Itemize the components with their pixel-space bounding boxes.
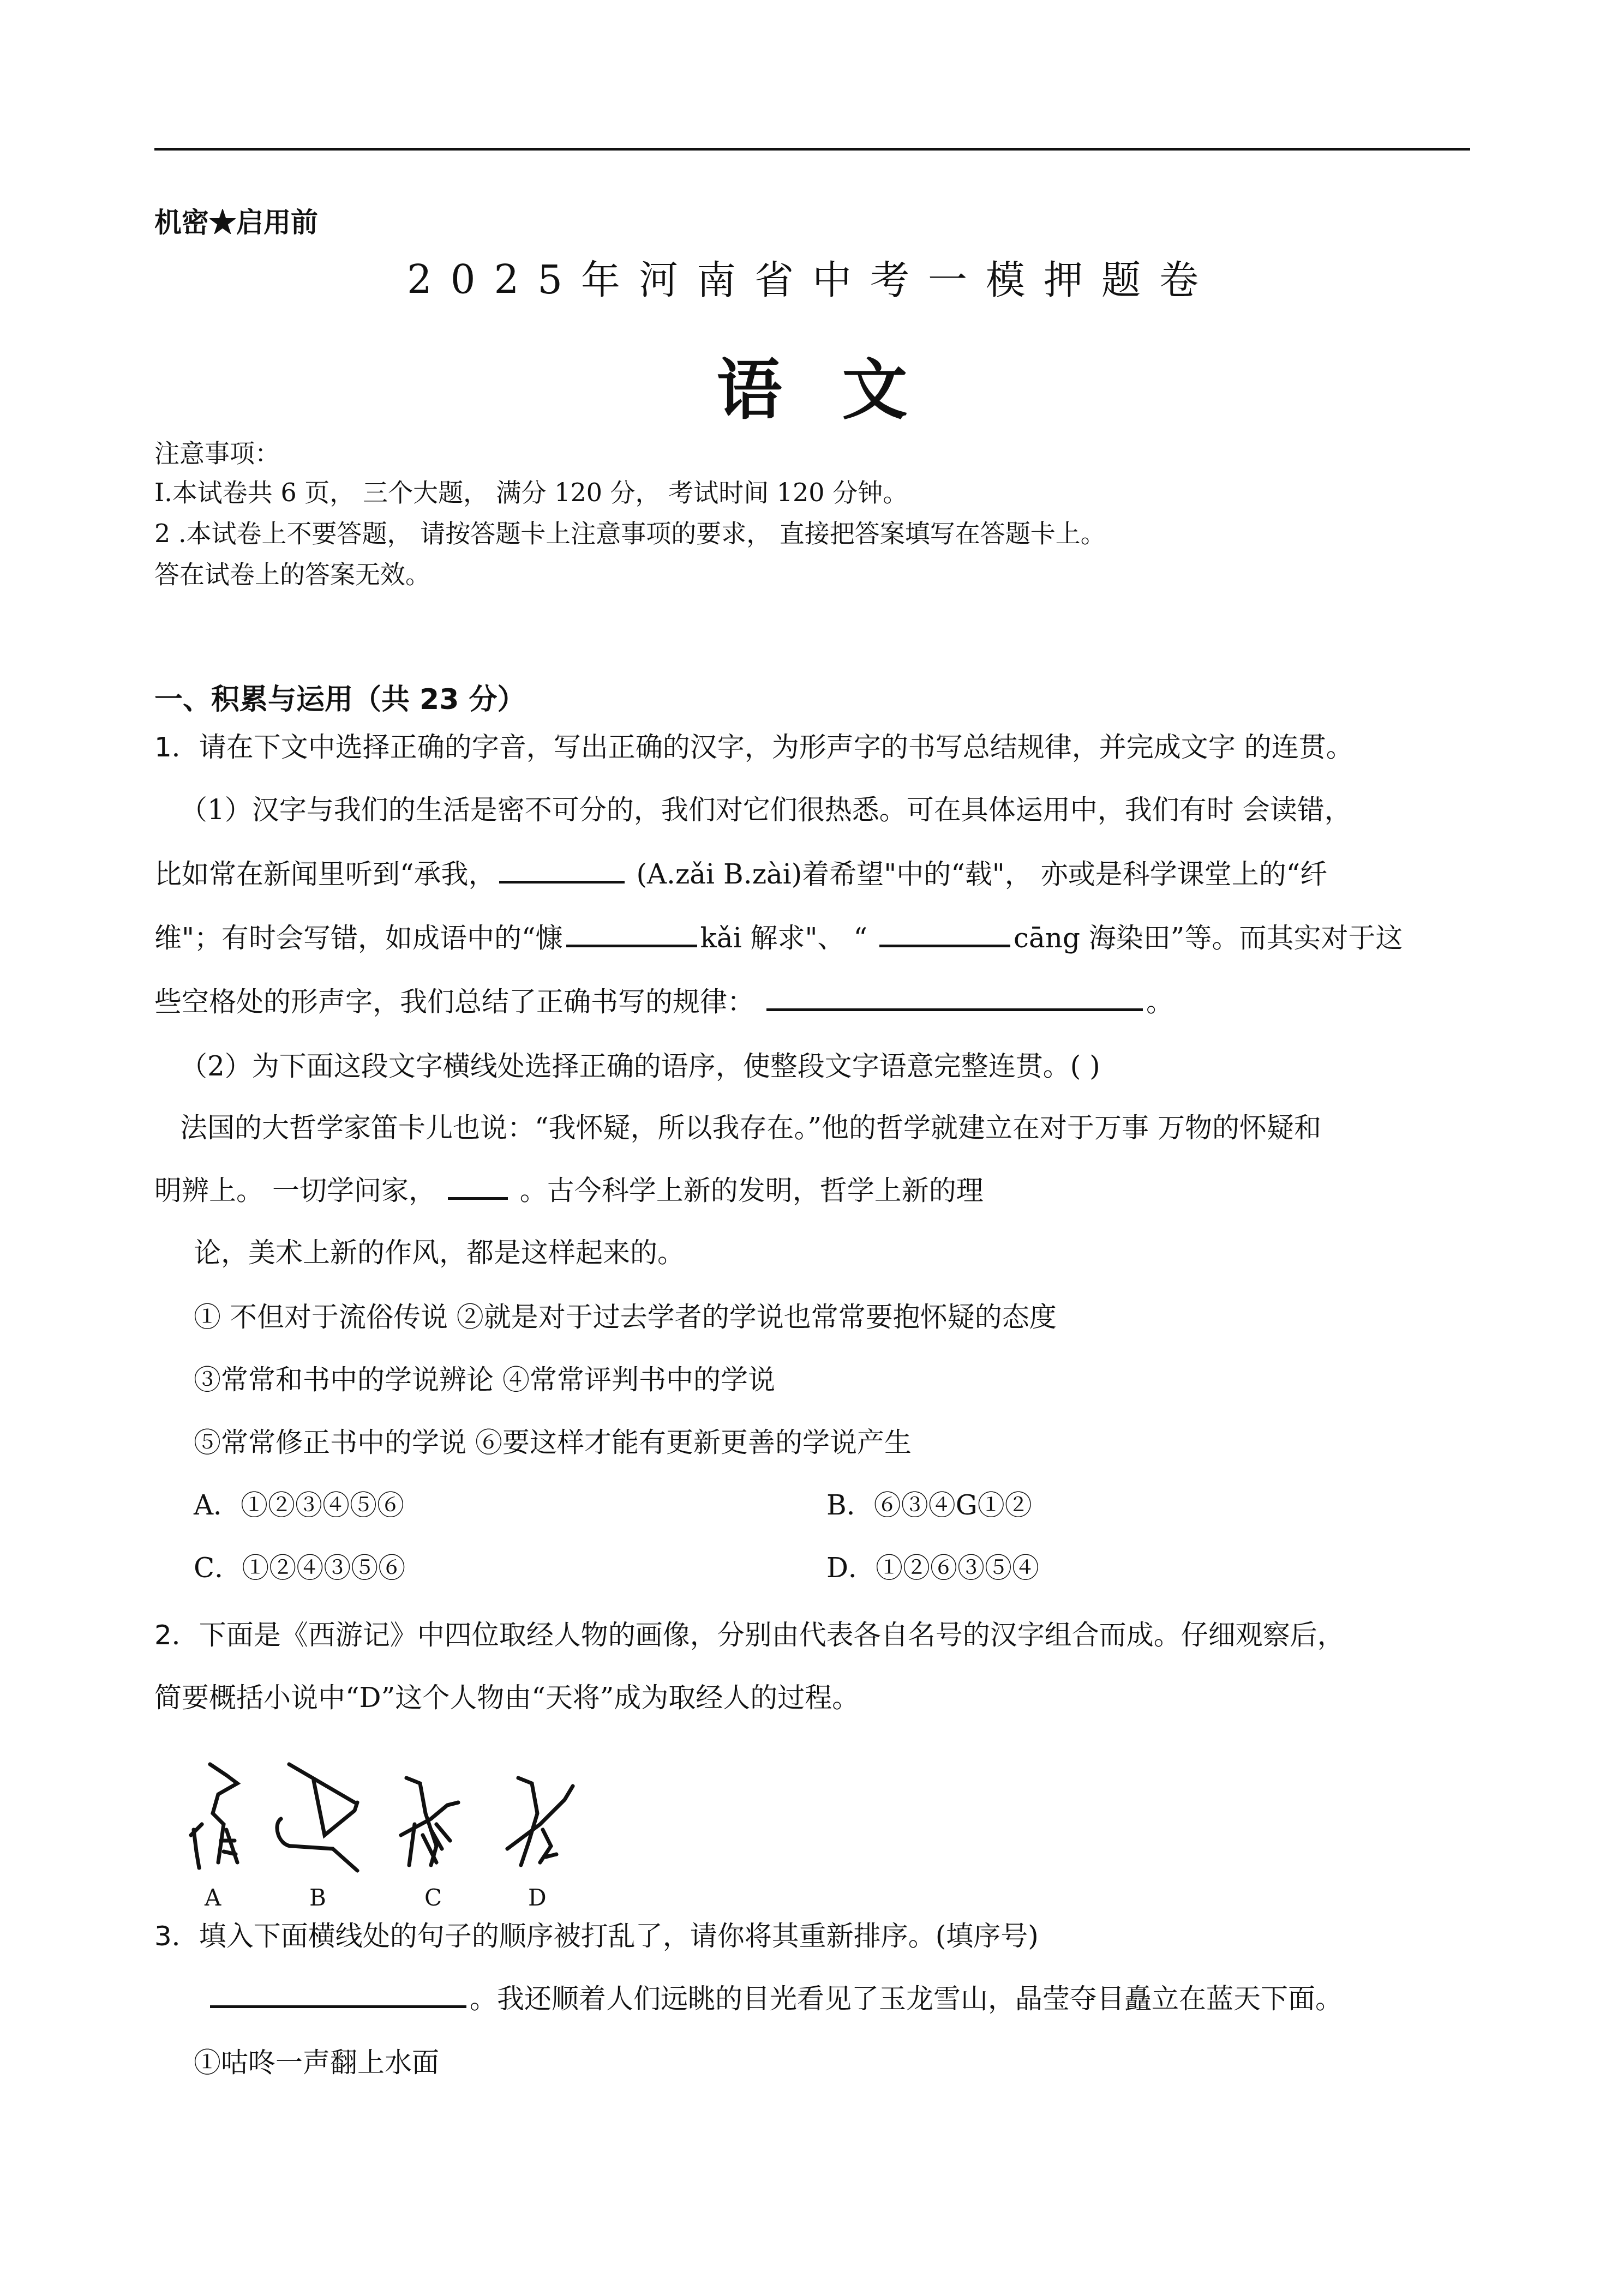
option-label: C． bbox=[194, 1552, 242, 1584]
passage-line-3: 论，美术上新的作风，都是这样起来的。 bbox=[194, 1239, 685, 1266]
option-value: ①②④③⑤⑥ bbox=[242, 1552, 405, 1584]
q3-sentence-text: 。我还顺着人们远眺的目光看见了玉龙雪山，晶莹夺目矗立在蓝天下面。 bbox=[470, 1983, 1343, 2015]
q1-stem-text: 请在下文中选择正确的字音，写出正确的汉字，为形声字的书写总结规律，并完成文字 的… bbox=[199, 731, 1353, 763]
exam-title: 2025年河南省中考一模押题卷 bbox=[0, 248, 1624, 305]
q3-sentence: 。我还顺着人们远眺的目光看见了玉龙雪山，晶莹夺目矗立在蓝天下面。 bbox=[210, 1985, 1343, 2012]
q1-part1-line1: （1）汉字与我们的生活是密不可分的，我们对它们很热悉。可在具体运用中，我们有时 … bbox=[180, 796, 1352, 824]
text: 。古今科学上新的发明，哲学上新的理 bbox=[511, 1175, 984, 1206]
text: cāng 海染田”等。而其实对于这 bbox=[1014, 922, 1403, 954]
q1-part2-prompt: （2）为下面这段文字横线处选择正确的语序，使整段文字语意完整连贯。( ) bbox=[180, 1053, 1100, 1080]
q2-line-2: 简要概括小说中“D”这个人物由“天将”成为取经人的过程。 bbox=[154, 1684, 859, 1711]
q3-item-1: ①咕咚一声翻上水面 bbox=[194, 2049, 439, 2076]
text: 维"；有时会写错，如成语中的“慷 bbox=[154, 922, 563, 954]
sentence-group-2: ③常常和书中的学说辨论 ④常常评判书中的学说 bbox=[194, 1366, 775, 1393]
text: kǎi 解求"、 “ bbox=[700, 922, 876, 954]
q2-line-1: 2．下面是《西游记》中四位取经人物的画像，分别由代表各自名号的汉字组合而成。仔细… bbox=[154, 1621, 1345, 1649]
text: 。 bbox=[1146, 986, 1173, 1018]
character-calligraphy-drawings bbox=[180, 1753, 616, 1901]
passage-line-1: 法国的大哲学家笛卡儿也说：“我怀疑，所以我存在。”他的哲学就建立在对于万事 万物… bbox=[180, 1114, 1321, 1141]
sentence-group-3: ⑤常常修正书中的学说 ⑥要这样才能有更新更善的学说产生 bbox=[194, 1429, 912, 1456]
sentence-group-1: ① 不但对于流俗传说 ②就是对于过去学者的学说也常常要抱怀疑的态度 bbox=[194, 1303, 1057, 1331]
text: 些空格处的形声字，我们总结了正确书写的规律： bbox=[154, 986, 763, 1018]
section-heading: 一、积累与运用（共 23 分） bbox=[154, 676, 526, 717]
subject-title: 语文 bbox=[0, 338, 1624, 432]
option-value: ①②⑥③⑤④ bbox=[876, 1552, 1039, 1584]
q3-stem: 3．填入下面横线处的句子的顺序被打乱了，请你将其重新排序。(填序号) bbox=[154, 1922, 1039, 1950]
notice-line-3: 答在试卷上的答案无效。 bbox=[154, 562, 430, 587]
q1-part1-line2: 比如常在新闻里听到“承我， (A.zǎi B.zài)着希望"中的“载"， 亦或… bbox=[154, 861, 1327, 888]
passage-line-2: 明辨上。 一切学问家， 。古今科学上新的发明，哲学上新的理 bbox=[154, 1177, 984, 1204]
option-label: B． bbox=[826, 1489, 874, 1521]
figure-label-b: B bbox=[309, 1884, 326, 1911]
answer-blank[interactable] bbox=[566, 944, 697, 947]
answer-blank[interactable] bbox=[879, 944, 1010, 947]
option-a[interactable]: A．①②③④⑤⑥ bbox=[194, 1492, 404, 1519]
q3-stem-text: 填入下面横线处的句子的顺序被打乱了，请你将其重新排序。(填序号) bbox=[199, 1920, 1039, 1952]
q1-stem: 1．请在下文中选择正确的字音，写出正确的汉字，为形声字的书写总结规律，并完成文字… bbox=[154, 734, 1353, 761]
answer-blank[interactable] bbox=[499, 880, 625, 883]
option-value: ①②③④⑤⑥ bbox=[241, 1489, 404, 1521]
text: 比如常在新闻里听到“承我， bbox=[154, 858, 496, 890]
header-rule bbox=[154, 148, 1470, 151]
figure-label-a: A bbox=[205, 1884, 221, 1911]
q1-part1-line3: 维"；有时会写错，如成语中的“慷kǎi 解求"、 “ cāng 海染田”等。而其… bbox=[154, 924, 1403, 952]
journey-west-characters-figure: A B C D bbox=[180, 1753, 616, 1901]
question-number: 1． bbox=[154, 731, 199, 763]
answer-blank[interactable] bbox=[448, 1197, 508, 1200]
text: 明辨上。 一切学问家， bbox=[154, 1175, 445, 1206]
confidential-label: 机密★启用前 bbox=[154, 201, 318, 240]
q2-text: 下面是《西游记》中四位取经人物的画像，分别由代表各自名号的汉字组合而成。仔细观察… bbox=[199, 1619, 1345, 1651]
notice-line-2: 2 .本试卷上不要答题， 请按答题卡上注意事项的要求， 直接把答案填写在答题卡上… bbox=[154, 521, 1106, 546]
text: (A.zǎi B.zài)着希望"中的“载"， 亦或是科学课堂上的“纤 bbox=[628, 858, 1328, 890]
notice-line-1: I.本试卷共 6 页， 三个大题， 满分 120 分， 考试时间 120 分钟。 bbox=[154, 480, 908, 505]
question-number: 3． bbox=[154, 1920, 199, 1952]
notice-heading: 注意事项： bbox=[154, 441, 280, 466]
option-label: A． bbox=[194, 1489, 241, 1521]
rule-answer-blank[interactable] bbox=[766, 1008, 1143, 1011]
option-label: D． bbox=[826, 1552, 876, 1584]
option-d[interactable]: D．①②⑥③⑤④ bbox=[826, 1554, 1039, 1582]
order-answer-blank[interactable] bbox=[210, 2005, 466, 2008]
q1-part1-line4: 些空格处的形声字，我们总结了正确书写的规律： 。 bbox=[154, 988, 1173, 1015]
figure-label-c: C bbox=[424, 1884, 442, 1911]
option-c[interactable]: C．①②④③⑤⑥ bbox=[194, 1554, 405, 1582]
option-b[interactable]: B．⑥③④G①② bbox=[826, 1492, 1032, 1519]
question-number: 2． bbox=[154, 1619, 199, 1651]
option-value: ⑥③④G①② bbox=[874, 1489, 1032, 1521]
figure-label-d: D bbox=[528, 1884, 547, 1911]
exam-page: 机密★启用前 2025年河南省中考一模押题卷 语文 注意事项： I.本试卷共 6… bbox=[0, 0, 1624, 2296]
